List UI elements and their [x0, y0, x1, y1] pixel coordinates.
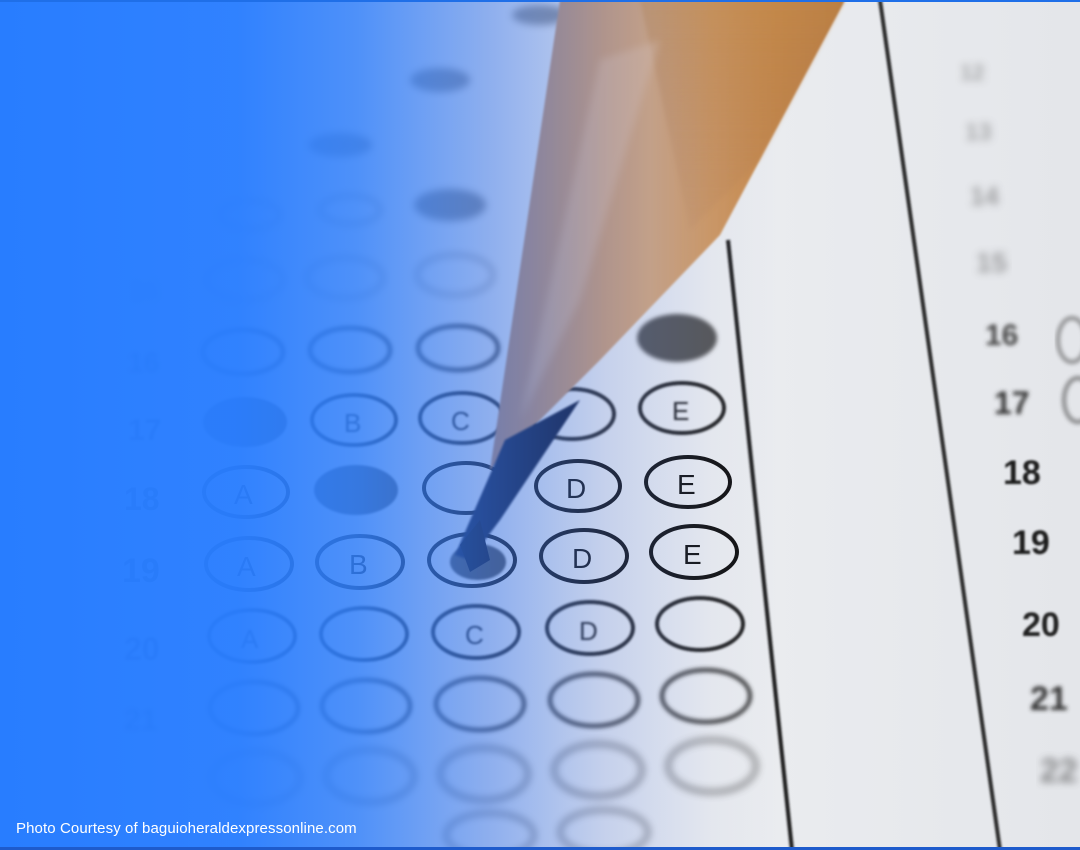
svg-text:22: 22: [1040, 752, 1078, 790]
svg-text:A: A: [241, 624, 259, 654]
svg-text:20: 20: [1022, 606, 1060, 644]
svg-text:21: 21: [1030, 680, 1068, 718]
svg-text:D: D: [579, 616, 598, 646]
svg-text:D: D: [566, 473, 586, 504]
svg-text:17: 17: [128, 414, 161, 447]
svg-text:A: A: [237, 551, 256, 582]
answer-sheet-illustration: 15 16 17 B C E 18 A: [0, 0, 1080, 850]
svg-text:B: B: [349, 549, 368, 580]
photo-credit-caption: Photo Courtesy of baguioheraldexpressonl…: [16, 820, 357, 837]
svg-text:15: 15: [130, 276, 159, 306]
svg-text:B: B: [344, 408, 361, 438]
svg-text:19: 19: [1012, 524, 1050, 562]
top-border: [0, 0, 1080, 2]
svg-text:E: E: [677, 469, 696, 500]
svg-text:C: C: [465, 620, 484, 650]
svg-text:12: 12: [960, 60, 984, 85]
svg-text:15: 15: [976, 247, 1007, 278]
svg-text:E: E: [683, 539, 702, 570]
svg-text:16: 16: [985, 319, 1018, 352]
svg-text:E: E: [672, 396, 689, 426]
pencil: [455, 0, 845, 572]
svg-text:14: 14: [970, 181, 999, 211]
svg-text:17: 17: [994, 385, 1030, 421]
svg-text:20: 20: [124, 631, 160, 667]
svg-text:18: 18: [1003, 454, 1041, 492]
svg-text:A: A: [234, 479, 253, 510]
svg-text:21: 21: [124, 704, 157, 737]
svg-text:C: C: [451, 406, 470, 436]
svg-text:18: 18: [124, 481, 160, 517]
photo: 15 16 17 B C E 18 A: [0, 0, 1080, 850]
svg-text:D: D: [572, 543, 592, 574]
svg-text:16: 16: [128, 347, 159, 378]
svg-text:19: 19: [122, 552, 160, 590]
svg-text:13: 13: [965, 119, 992, 146]
